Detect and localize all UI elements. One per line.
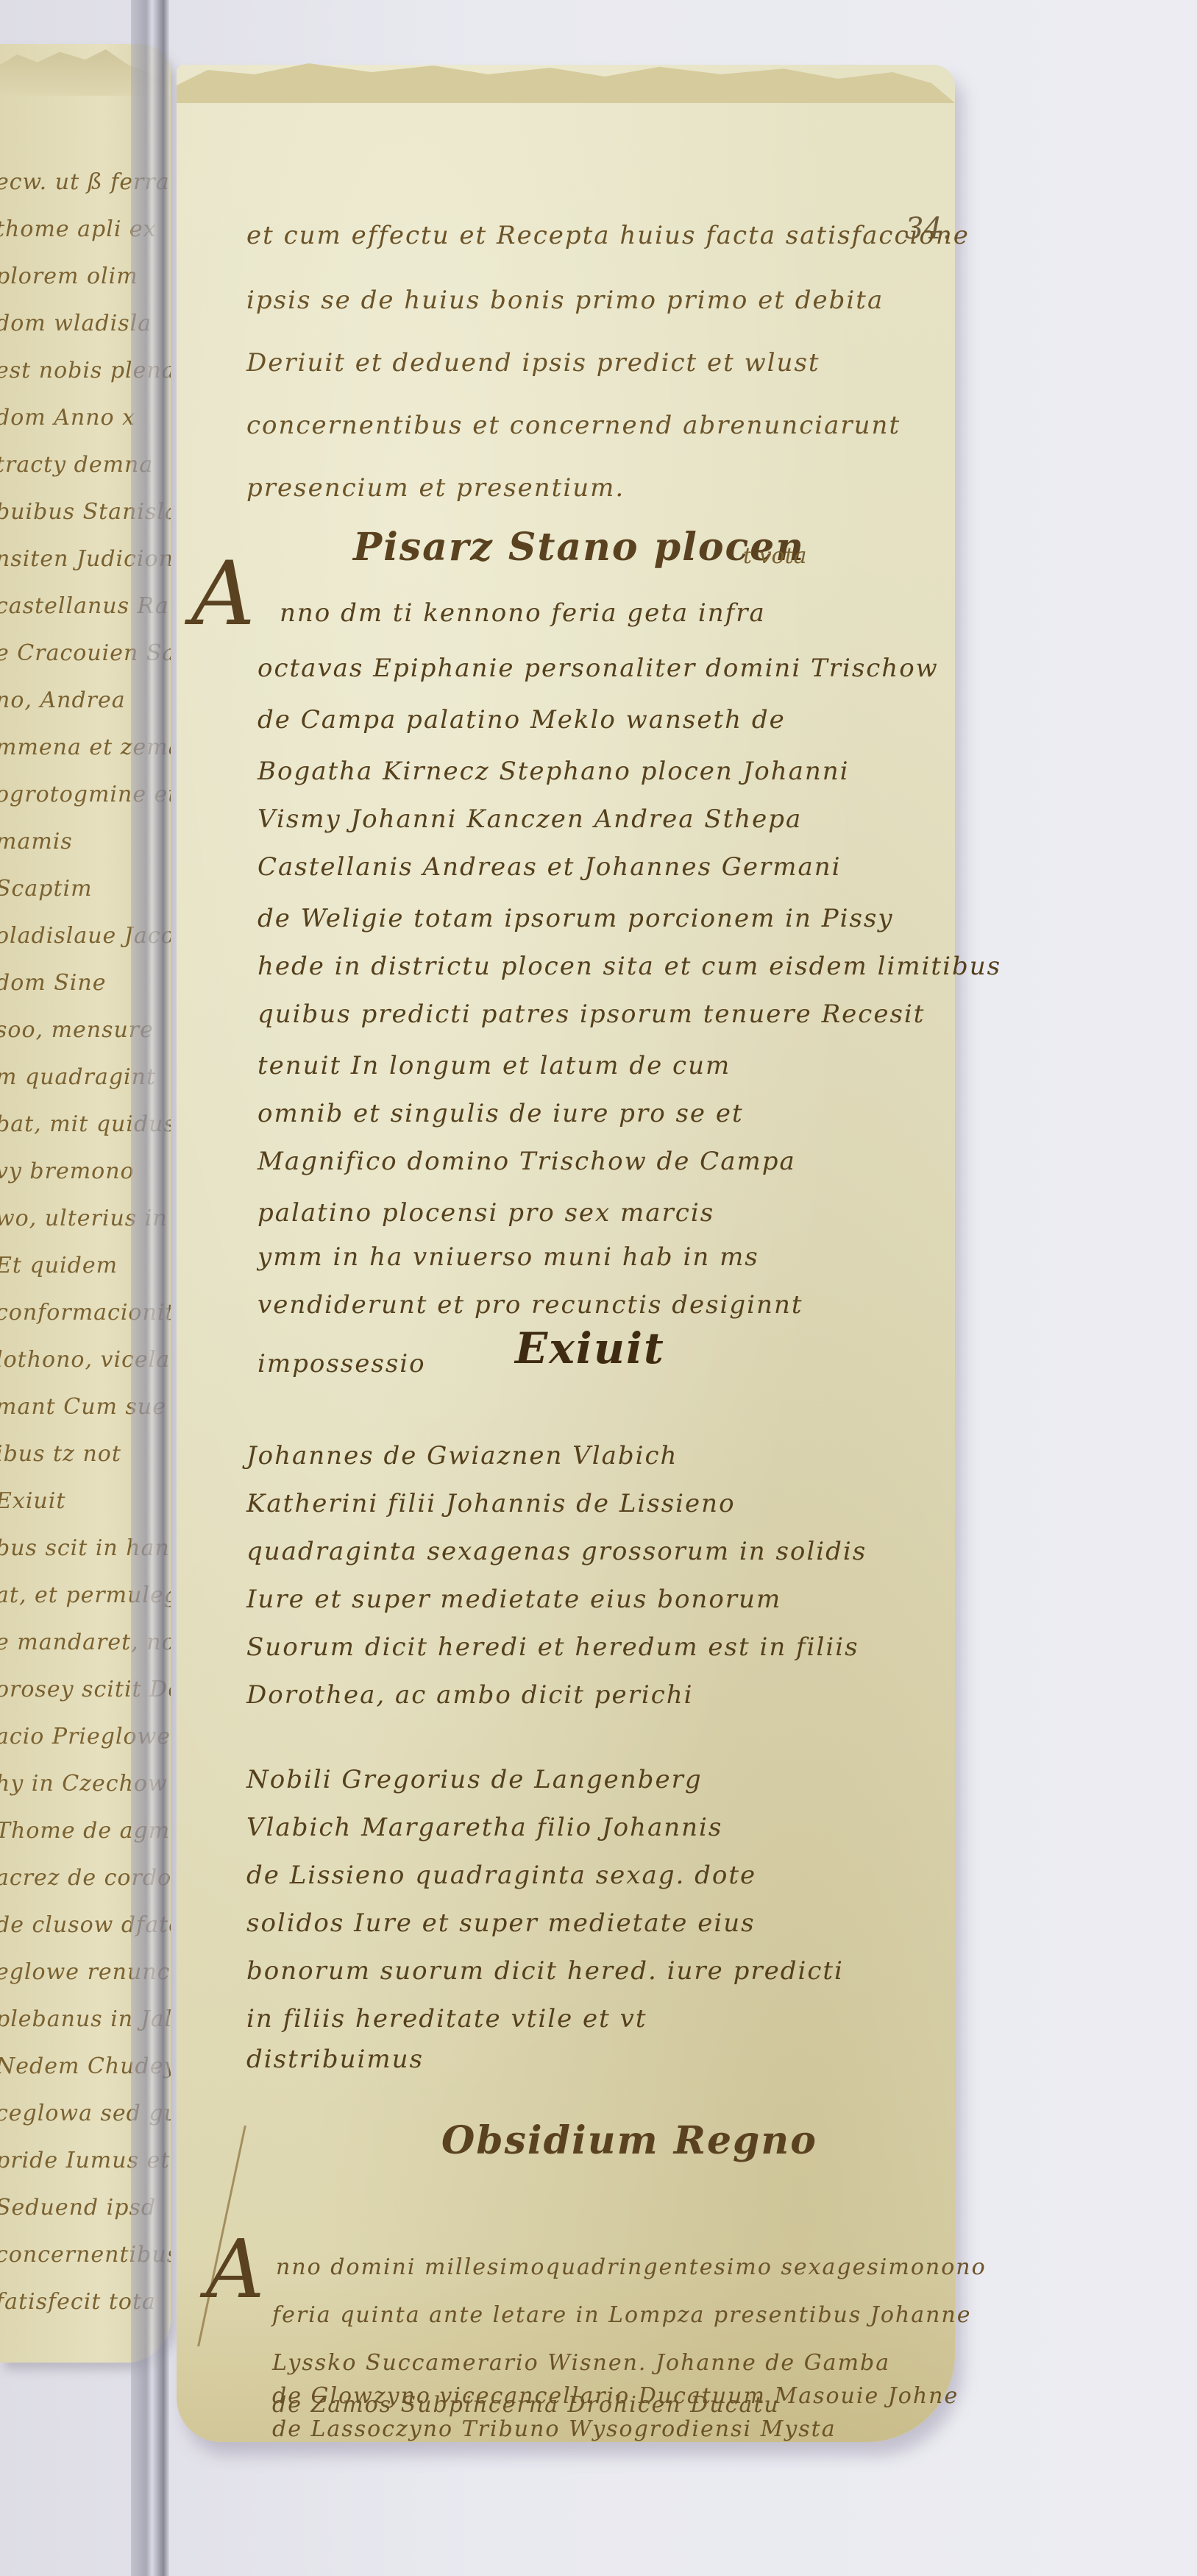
initial-letter: A [206, 2229, 264, 2310]
text-line: Katherini filii Johannis de Lissieno [246, 1489, 736, 1518]
glass-divider [131, 0, 169, 2576]
text-line: Magnifico domino Trischow de Campa [257, 1147, 796, 1176]
folio-page: 34. et cum effectu et Recepta huius fact… [177, 65, 955, 2442]
text-line: Vlabich Margaretha filio Johannis [246, 1813, 722, 1842]
text-line: feria quinta ante letare in Lompza prese… [272, 2302, 972, 2328]
text-line: Vismy Johanni Kanczen Andrea Sthepa [257, 804, 802, 834]
text-line: ipsis se de huius bonis primo primo et d… [246, 286, 884, 315]
heading-note: t vota [743, 543, 807, 569]
left-page-line: mamis [0, 829, 73, 854]
text-line: Iure et super medietate eius bonorum [246, 1585, 781, 1614]
left-page-line: ibus tz not [0, 1441, 121, 1467]
text-line: Nobili Gregorius de Langenberg [246, 1765, 703, 1794]
left-page-line: plorem olim [0, 263, 138, 289]
text-line: de Weligie totam ipsorum porcionem in Pi… [257, 904, 894, 933]
text-line: bonorum suorum dicit hered. iure predict… [246, 1956, 844, 1986]
text-line: Deriuit et deduend ipsis predict et wlus… [246, 348, 820, 378]
text-line: concernentibus et concernend abrenunciar… [246, 411, 901, 440]
text-line: nno domini millesimoquadringentesimo sex… [276, 2254, 987, 2280]
text-line: ymm in ha vniuerso muni hab in ms [257, 1242, 759, 1272]
text-line: quadraginta sexagenas grossorum in solid… [246, 1537, 867, 1566]
text-line: Castellanis Andreas et Johannes Germani [257, 852, 842, 882]
left-page-line: dom Sine [0, 970, 106, 996]
entry-heading: Pisarz Stano plocen [353, 525, 805, 570]
text-line: nno dm ti kennono feria geta infra [280, 598, 766, 628]
text-line: omnib et singulis de iure pro se et [257, 1099, 744, 1128]
text-line: de Zamos Subpincerna Drohicen Ducatu [272, 2392, 780, 2418]
text-line: presencium et presentium. [246, 473, 625, 503]
text-line: Lyssko Succamerario Wisnen. Johanne de G… [272, 2350, 890, 2376]
left-page-line: tracty demna [0, 452, 153, 478]
left-page-line: Exiuit [0, 1488, 65, 1514]
text-line: in filiis hereditate vtile et vt [246, 2004, 647, 2034]
left-page-line: vy bremono [0, 1158, 135, 1184]
text-line: Suorum dicit heredi et heredum est in fi… [246, 1632, 859, 1662]
left-page-line: dom Anno x [0, 405, 135, 431]
exiuit-mark: Exiuit [515, 1323, 665, 1373]
text-line: Bogatha Kirnecz Stephano plocen Johanni [257, 757, 850, 786]
text-line: impossessio [257, 1349, 426, 1379]
torn-edge [177, 59, 955, 103]
left-page-line: Scaptim [0, 876, 93, 902]
text-line: de Campa palatino Meklo wanseth de [257, 705, 786, 735]
left-page-line: Et quidem [0, 1253, 118, 1278]
text-line: palatino plocensi pro sex marcis [257, 1198, 714, 1228]
left-page-line: no, Andrea [0, 687, 126, 713]
text-line: de Lissieno quadraginta sexag. dote [246, 1861, 756, 1890]
initial-letter: A [191, 551, 255, 639]
text-line: octavas Epiphanie personaliter domini Tr… [257, 654, 939, 683]
text-line: solidos Iure et super medietate eius [246, 1908, 756, 1938]
text-line: quibus predicti patres ipsorum tenuere R… [257, 999, 925, 1029]
text-line: et cum effectu et Recepta huius facta sa… [246, 221, 970, 250]
text-line: de Lassoczyno Tribuno Wysogrodiensi Myst… [272, 2416, 837, 2442]
text-line: distribuimus [246, 2045, 424, 2074]
text-line: vendiderunt et pro recunctis desiginnt [257, 1290, 803, 1320]
entry-heading: Obsidium Regno [441, 2118, 817, 2163]
text-line: Dorothea, ac ambo dicit perichi [246, 1680, 694, 1710]
text-line: Johannes de Gwiaznen Vlabich [246, 1441, 678, 1471]
left-page-line: dom wladisla [0, 311, 152, 336]
text-line: tenuit In longum et latum de cum [257, 1051, 731, 1080]
text-line: hede in districtu plocen sita et cum eis… [257, 952, 1001, 981]
